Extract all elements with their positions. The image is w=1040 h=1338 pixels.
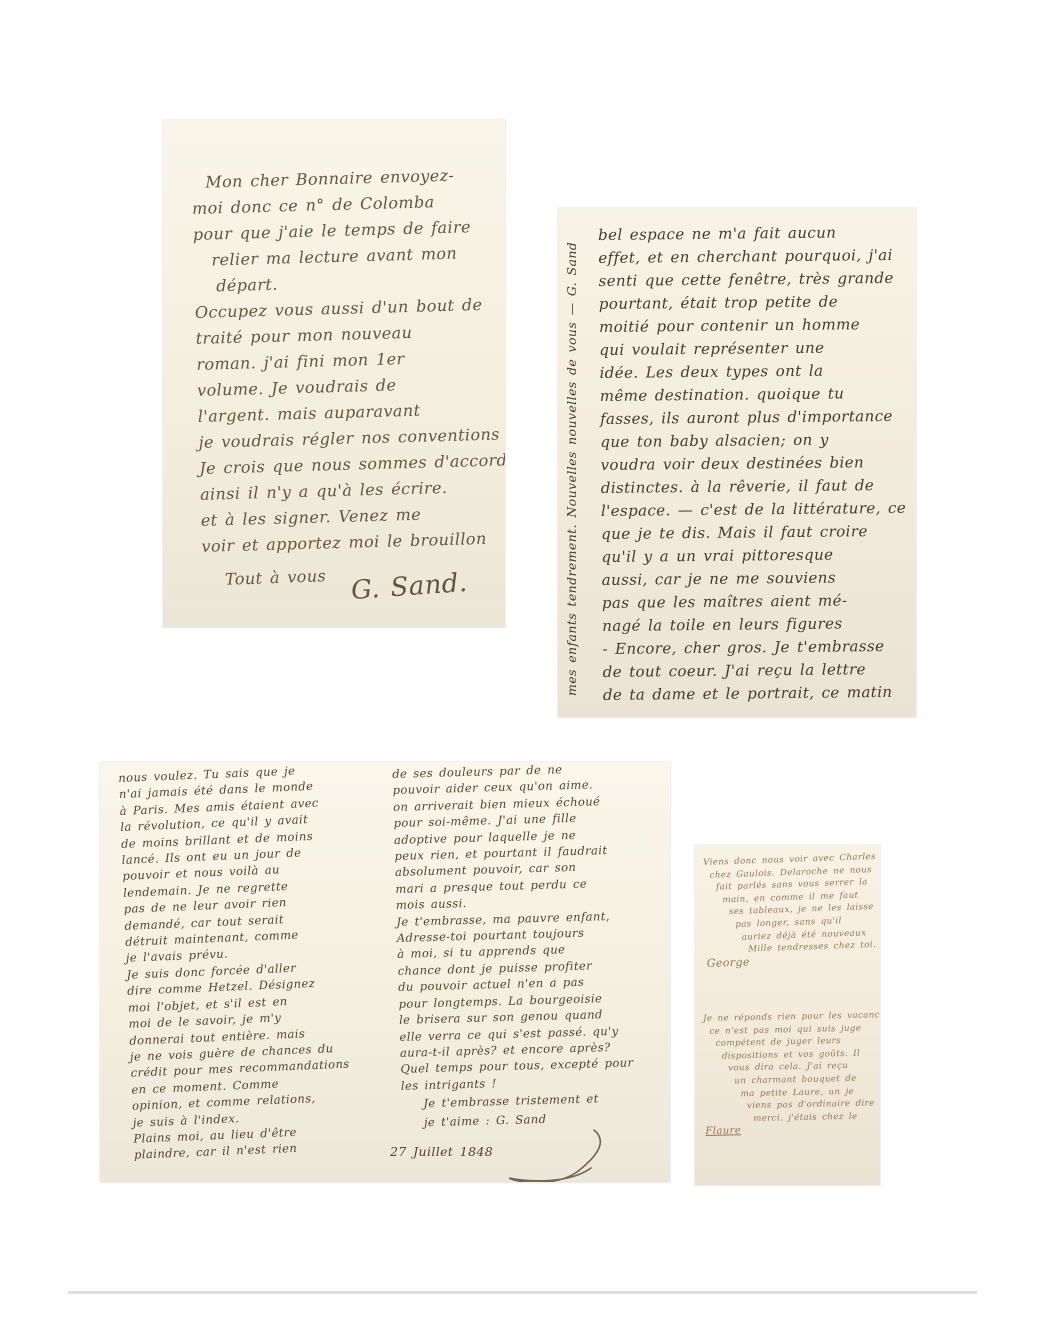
letter-right-lines: de ses douleurs par de nepouvoir aider c… xyxy=(392,762,669,1094)
manuscript-line: senti que cette fenêtre, très grande xyxy=(598,267,908,293)
manuscript-line: de ta dame et le portrait, ce matin xyxy=(603,681,913,707)
manuscript-line: pourtant, était trop petite de xyxy=(599,290,909,316)
manuscript-line: qui voulait représenter une xyxy=(599,336,909,362)
manuscript-letter-bonnaire: Mon cher Bonnaire envoyez-moi donc ce n°… xyxy=(163,120,505,627)
manuscript-billet-george: Viens donc nous voir avec Charleschez Ga… xyxy=(695,845,880,1185)
signature-g-sand: G. Sand. xyxy=(350,568,468,606)
manuscript-line: fasses, ils auront plus d'importance xyxy=(600,405,910,431)
footer-divider xyxy=(68,1291,977,1294)
manuscript-line: aussi, car je ne me souviens xyxy=(602,566,912,592)
manuscript-line: l'espace. — c'est de la littérature, ce xyxy=(601,497,911,523)
manuscript-line: idée. Les deux types ont la xyxy=(599,359,909,385)
scan-page: Mon cher Bonnaire envoyez-moi donc ce n°… xyxy=(0,0,1040,1338)
manuscript-line: bel espace ne m'a fait aucun xyxy=(598,221,908,247)
letter-right-column: de ses douleurs par de nepouvoir aider c… xyxy=(392,762,670,1131)
letter-date-row: 27 Juillet 1848 xyxy=(390,1144,649,1182)
manuscript-line: pas que les maîtres aient mé- xyxy=(602,589,912,615)
signature-paraph-flourish xyxy=(499,1128,649,1182)
letter-left-column: nous voulez. Tu sais que jen'ai jamais é… xyxy=(118,762,384,1163)
letter-date: 27 Juillet 1848 xyxy=(390,1144,493,1159)
manuscript-letter-double-page: nous voulez. Tu sais que jen'ai jamais é… xyxy=(100,762,670,1182)
manuscript-line: même destination. quoique tu xyxy=(600,382,910,408)
manuscript-line: de tout coeur. J'ai reçu la lettre xyxy=(603,658,913,684)
manuscript-line: que ton baby alsacien; on y xyxy=(600,428,910,454)
note-second-lines: Je ne réponds rien pour les vacancesce n… xyxy=(703,1009,878,1126)
manuscript-line: distinctes. à la rêverie, il faut de xyxy=(601,474,911,500)
manuscript-line: que je te dis. Mais il faut croire xyxy=(601,520,911,546)
letter-closing: Tout à vous xyxy=(225,566,327,589)
letter-body: Mon cher Bonnaire envoyez-moi donc ce n°… xyxy=(191,162,502,560)
manuscript-line: qu'il y a un vrai pittoresque xyxy=(601,543,911,569)
manuscript-line: - Encore, cher gros. Je t'embrasse xyxy=(602,635,912,661)
manuscript-letter-bel-espace: mes enfants tendrement. Nouvelles nouvel… xyxy=(558,208,916,717)
note-first-lines: Viens donc nous voir avec Charleschez Ga… xyxy=(703,851,879,958)
note-second-paragraph: Je ne réponds rien pour les vacancesce n… xyxy=(703,1009,879,1139)
manuscript-line: nagé la toile en leurs figures xyxy=(602,612,912,638)
signature-flaure: Flaure xyxy=(705,1123,878,1139)
manuscript-line: moitié pour contenir un homme xyxy=(599,313,909,339)
manuscript-line: voudra voir deux destinées bien xyxy=(600,451,910,477)
margin-note-vertical: mes enfants tendrement. Nouvelles nouvel… xyxy=(564,226,579,696)
letter-body: bel espace ne m'a fait aucuneffet, et en… xyxy=(598,221,913,707)
note-first-paragraph: Viens donc nous voir avec Charleschez Ga… xyxy=(703,851,880,970)
manuscript-line: effet, et en cherchant pourquoi, j'ai xyxy=(598,244,908,270)
